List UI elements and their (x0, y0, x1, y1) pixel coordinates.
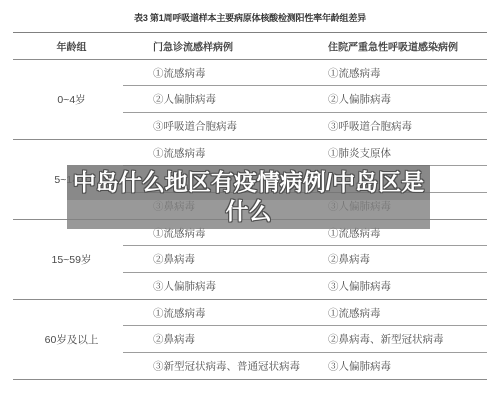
pathogen-cell: ③人偏肺病毒 (328, 358, 391, 373)
pathogen-cell: ③呼吸道合胞病毒 (153, 118, 237, 133)
pathogen-cell: ①肺炎支原体 (328, 146, 391, 161)
pathogen-cell: ②鼻病毒 (153, 332, 195, 347)
pathogen-cell: ①流感病毒 (153, 306, 206, 321)
table-row: ③呼吸道合胞病毒 ③呼吸道合胞病毒 (13, 113, 487, 139)
pathogen-cell: ①流感病毒 (153, 146, 206, 161)
table-row: ①流感病毒 ①流感病毒 (13, 300, 487, 326)
article-table-image: 表3 第1周呼吸道样本主要病原体核酸检测阳性率年龄组差异 年龄组 门急诊流感样病… (0, 0, 500, 393)
table-row: ①流感病毒 ①肺炎支原体 (13, 140, 487, 166)
pathogen-cell: ③呼吸道合胞病毒 (328, 118, 412, 133)
header-age-group: 年龄组 (13, 39, 130, 54)
pathogen-cell: ①流感病毒 (328, 66, 381, 81)
pathogen-cell: ③新型冠状病毒、普通冠状病毒 (153, 358, 300, 373)
table-title: 表3 第1周呼吸道样本主要病原体核酸检测阳性率年龄组差异 (0, 11, 500, 24)
pathogen-cell: ②人偏肺病毒 (328, 92, 391, 107)
table-row: ②鼻病毒 ②鼻病毒 (13, 246, 487, 272)
pathogen-cell: ①流感病毒 (328, 306, 381, 321)
table-row: ③人偏肺病毒 ③人偏肺病毒 (13, 273, 487, 299)
table-row: ③新型冠状病毒、普通冠状病毒 ③人偏肺病毒 (13, 353, 487, 379)
watermark-line-2: 什么 (226, 197, 272, 226)
watermark-line-1: 中岛什么地区有疫情病例/中岛区是 (73, 168, 424, 197)
pathogen-cell: ②鼻病毒、新型冠状病毒 (328, 332, 444, 347)
pathogen-cell: ③人偏肺病毒 (153, 278, 216, 293)
watermark-text: 中岛什么地区有疫情病例/中岛区是 什么 (67, 165, 430, 229)
watermark-overlay: 中岛什么地区有疫情病例/中岛区是 什么 (67, 165, 430, 229)
table-row-group-15-59: 15~59岁 ①流感病毒 ①流感病毒 ②鼻病毒 ②鼻病毒 ③人偏肺病毒 ③人偏肺… (13, 220, 487, 300)
table-row: ②鼻病毒 ②鼻病毒、新型冠状病毒 (13, 326, 487, 352)
table-row: ①流感病毒 ①流感病毒 (13, 60, 487, 86)
pathogen-cell: ②鼻病毒 (328, 252, 370, 267)
pathogen-cell: ①流感病毒 (153, 66, 206, 81)
header-outpatient-ili: 门急诊流感样病例 (153, 39, 233, 54)
table-row-group-0-4: 0~4岁 ①流感病毒 ①流感病毒 ②人偏肺病毒 ②人偏肺病毒 ③呼吸道合胞病毒 … (13, 60, 487, 140)
table-row-group-60-plus: 60岁及以上 ①流感病毒 ①流感病毒 ②鼻病毒 ②鼻病毒、新型冠状病毒 ③新型冠… (13, 300, 487, 380)
header-inpatient-sari: 住院严重急性呼吸道感染病例 (328, 39, 458, 54)
pathogen-cell: ②鼻病毒 (153, 252, 195, 267)
table-row: ②人偏肺病毒 ②人偏肺病毒 (13, 86, 487, 112)
pathogen-cell: ③人偏肺病毒 (328, 278, 391, 293)
pathogen-cell: ②人偏肺病毒 (153, 92, 216, 107)
table-header-row: 年龄组 门急诊流感样病例 住院严重急性呼吸道感染病例 (13, 32, 487, 60)
